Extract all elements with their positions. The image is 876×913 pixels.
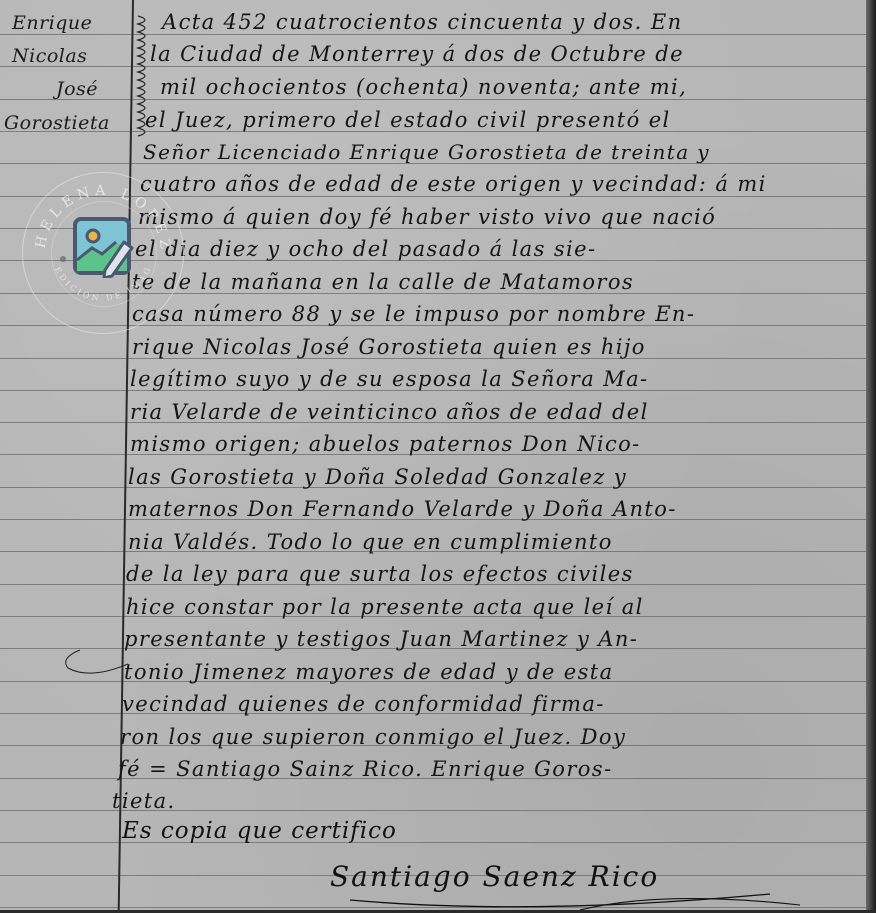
text-line: la Ciudad de Monterrey á dos de Octubre … [150, 42, 684, 66]
text-line: el Juez, primero del estado civil presen… [145, 108, 671, 132]
text-line: de la ley para que surta los efectos civ… [126, 562, 634, 586]
margin-name-surname: Gorostieta [4, 112, 110, 134]
text-line: te de la mañana en la calle de Matamoros [132, 270, 634, 294]
text-line: ron los que supieron conmigo el Juez. Do… [120, 725, 626, 749]
certification-line: Es copia que certifico [122, 818, 397, 844]
document-page: Enrique Nicolas José Gorostieta Acta 452… [0, 0, 876, 913]
text-line: tieta. [112, 789, 176, 813]
text-line: vecindad quienes de conformidad firma- [122, 692, 605, 716]
text-line: Señor Licenciado Enrique Gorostieta de t… [143, 140, 710, 164]
text-line: mismo á quien doy fé haber visto vivo qu… [138, 205, 716, 229]
signature-flourish [330, 870, 810, 913]
text-line: tonio Jimenez mayores de edad y de esta [124, 660, 614, 684]
text-line: fé = Santiago Sainz Rico. Enrique Goros- [118, 757, 612, 781]
text-line: mil ochocientos (ochenta) noventa; ante … [160, 75, 687, 99]
text-line: maternos Don Fernando Velarde y Doña Ant… [128, 497, 677, 521]
text-line: Acta 452 cuatrocientos cincuenta y dos. … [162, 10, 683, 34]
margin-name-first: Enrique [12, 12, 92, 34]
text-line: mismo origen; abuelos paternos Don Nico- [130, 432, 641, 456]
margin-flourish [60, 640, 130, 680]
page-edge-shadow [866, 0, 876, 913]
margin-name-third: José [56, 78, 98, 100]
text-line: el dia diez y ocho del pasado á las sie- [135, 237, 596, 261]
margin-name-second: Nicolas [12, 45, 87, 67]
text-line: rique Nicolas José Gorostieta quien es h… [132, 335, 646, 359]
text-line: casa número 88 y se le impuso por nombre… [132, 302, 695, 326]
text-line: legítimo suyo y de su esposa la Señora M… [130, 367, 649, 391]
text-line: cuatro años de edad de este origen y vec… [140, 172, 767, 196]
text-line: ria Velarde de veinticinco años de edad … [130, 400, 649, 424]
text-line: nia Valdés. Todo lo que en cumplimiento [128, 530, 613, 554]
text-line: las Gorostieta y Doña Soledad Gonzalez y [128, 465, 627, 489]
text-line: hice constar por la presente acta que le… [126, 595, 644, 619]
image-edit-icon [72, 216, 134, 278]
text-line: presentante y testigos Juan Martinez y A… [124, 627, 638, 651]
